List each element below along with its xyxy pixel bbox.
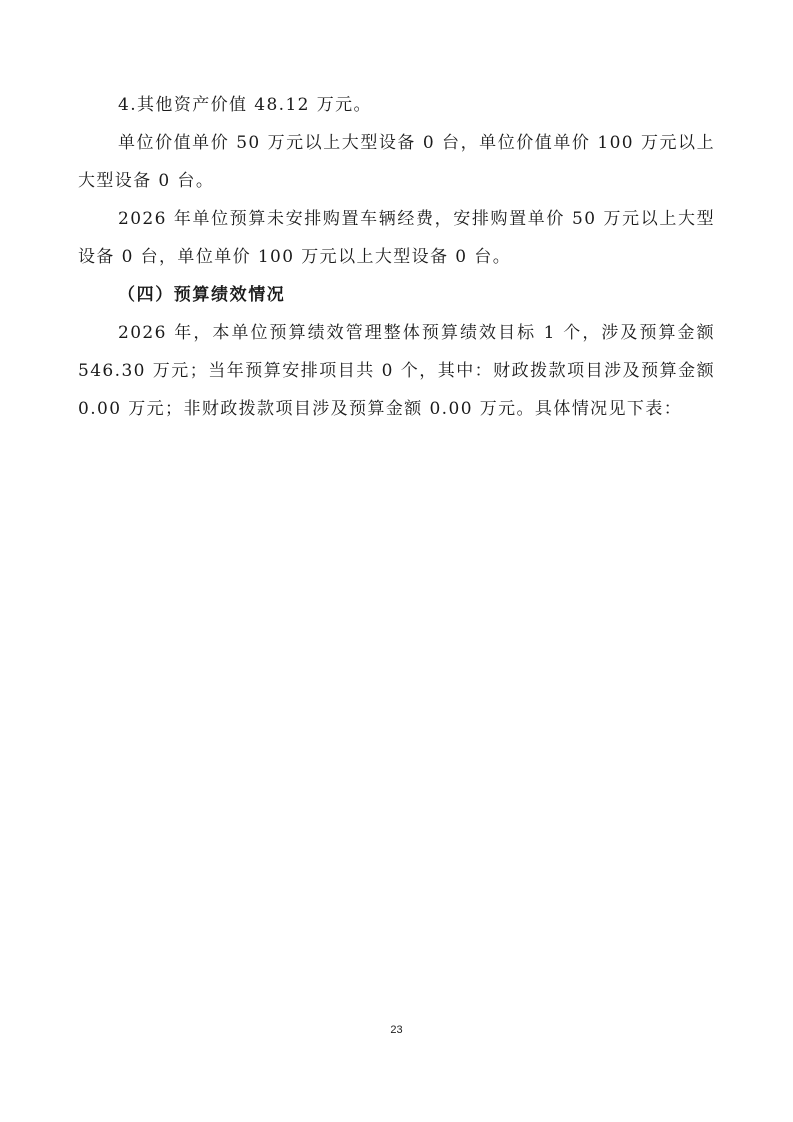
paragraph-other-assets: 4.其他资产价值 48.12 万元。 (78, 86, 715, 124)
paragraph-vehicle-purchase: 2026 年单位预算未安排购置车辆经费，安排购置单价 50 万元以上大型设备 0… (78, 200, 715, 276)
document-page: 4.其他资产价值 48.12 万元。 单位价值单价 50 万元以上大型设备 0 … (0, 0, 793, 1122)
page-content: 4.其他资产价值 48.12 万元。 单位价值单价 50 万元以上大型设备 0 … (78, 86, 715, 428)
page-number: 23 (0, 1024, 793, 1036)
paragraph-performance-summary: 2026 年，本单位预算绩效管理整体预算绩效目标 1 个，涉及预算金额 546.… (78, 314, 715, 428)
section-heading-performance: （四）预算绩效情况 (78, 276, 715, 314)
paragraph-large-equipment: 单位价值单价 50 万元以上大型设备 0 台，单位价值单价 100 万元以上大型… (78, 124, 715, 200)
